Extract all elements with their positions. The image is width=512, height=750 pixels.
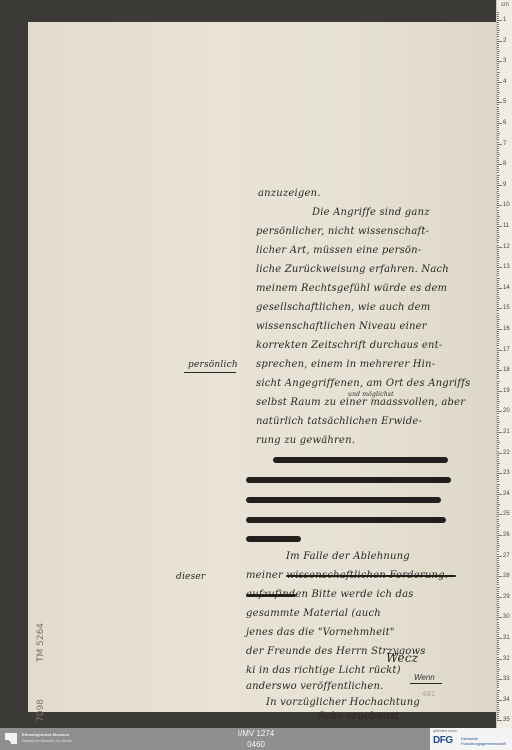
ruler-tick <box>497 98 499 99</box>
ruler-tick <box>497 716 499 717</box>
ruler-tick <box>497 556 502 557</box>
ruler-tick <box>497 622 499 623</box>
ruler-tick <box>497 275 499 276</box>
ruler-tick <box>497 43 499 44</box>
ruler-tick <box>497 86 499 87</box>
ruler-tick <box>497 168 499 169</box>
ruler-tick <box>497 249 499 250</box>
ruler-tick <box>497 286 499 287</box>
ruler-tick <box>497 59 499 60</box>
ruler-tick <box>497 533 499 534</box>
ruler-tick <box>497 463 500 464</box>
ruler-tick <box>497 514 502 515</box>
ruler-tick <box>497 679 502 680</box>
ruler-tick <box>497 269 499 270</box>
ruler-tick <box>497 352 499 353</box>
ruler-tick <box>497 360 500 361</box>
ruler-tick <box>497 531 499 532</box>
closing-line: In vorzüglicher Hochachtung <box>266 698 420 708</box>
ruler-tick <box>497 663 499 664</box>
ruler-tick <box>497 403 499 404</box>
ruler-tick <box>497 115 499 116</box>
ruler-tick <box>497 673 499 674</box>
ruler-label: 26 <box>503 532 510 538</box>
ruler-label: 23 <box>503 470 510 476</box>
ruler-label: 21 <box>503 429 510 435</box>
ruler-tick <box>497 473 502 474</box>
ruler-tick <box>497 720 502 721</box>
ruler-tick <box>497 162 499 163</box>
ruler-tick <box>497 700 502 701</box>
ruler-tick <box>497 494 502 495</box>
ruler-tick <box>497 605 499 606</box>
ruler-tick <box>497 364 499 365</box>
ruler-tick <box>497 428 499 429</box>
ruler-tick <box>497 617 502 618</box>
ruler-tick <box>497 255 499 256</box>
ruler-tick <box>497 358 499 359</box>
ruler-tick <box>497 669 500 670</box>
ruler-tick <box>497 595 499 596</box>
letter-line: sprechen, einem in mehrerer Hin- <box>256 360 435 370</box>
ruler-tick <box>497 238 499 239</box>
ruler-tick <box>497 611 499 612</box>
ruler-tick <box>497 348 499 349</box>
ruler-tick <box>497 313 499 314</box>
ruler-tick <box>497 453 502 454</box>
ruler-tick <box>497 636 499 637</box>
ruler-tick <box>497 207 499 208</box>
ruler-tick <box>497 337 499 338</box>
ruler-tick <box>497 444 499 445</box>
ruler-label: 10 <box>503 202 510 208</box>
ruler-tick <box>497 39 499 40</box>
ruler-tick <box>497 331 499 332</box>
ruler-tick <box>497 475 499 476</box>
cm-ruler: cm 1234567891011121314151617181920212223… <box>496 0 512 728</box>
ruler-tick <box>497 210 499 211</box>
ruler-tick <box>497 471 499 472</box>
ruler-label: 17 <box>503 347 510 353</box>
ruler-unit: cm <box>501 2 509 8</box>
ruler-tick <box>497 409 499 410</box>
ruler-tick <box>497 228 499 229</box>
ruler-tick <box>497 317 499 318</box>
ruler-tick <box>497 220 499 221</box>
ruler-tick <box>497 72 500 73</box>
strikethrough-line <box>286 575 456 577</box>
ruler-label: 25 <box>503 511 510 517</box>
ruler-tick <box>497 560 499 561</box>
ruler-tick <box>497 63 499 64</box>
ruler-tick <box>497 234 499 235</box>
ruler-tick <box>497 154 500 155</box>
margin-note-persoenlich: persönlich <box>188 360 238 370</box>
ruler-tick <box>497 121 499 122</box>
ruler-tick <box>497 350 502 351</box>
strikethrough-line <box>273 457 448 463</box>
ruler-tick <box>497 381 500 382</box>
ruler-tick <box>497 638 502 639</box>
ruler-label: 33 <box>503 676 510 682</box>
ruler-tick <box>497 467 499 468</box>
ruler-label: 34 <box>503 697 510 703</box>
ruler-tick <box>497 139 499 140</box>
ruler-tick <box>497 310 499 311</box>
ruler-tick <box>497 150 499 151</box>
margin-bracket <box>184 372 236 373</box>
ruler-tick <box>497 646 499 647</box>
letter-line: licher Art, müssen eine persön- <box>256 246 421 256</box>
ruler-tick <box>497 280 499 281</box>
ruler-tick <box>497 212 499 213</box>
ruler-tick <box>497 642 499 643</box>
ruler-tick <box>497 129 499 130</box>
ruler-label: 20 <box>503 408 510 414</box>
ruler-tick <box>497 345 499 346</box>
ruler-tick <box>497 22 499 23</box>
ruler-tick <box>497 496 499 497</box>
ruler-tick <box>497 100 499 101</box>
letter-line: gesammte Material (auch <box>246 609 381 619</box>
ruler-tick <box>497 657 499 658</box>
ruler-label: 16 <box>503 326 510 332</box>
ruler-tick <box>497 271 499 272</box>
ruler-tick <box>497 391 502 392</box>
ruler-tick <box>497 90 499 91</box>
ruler-tick <box>497 257 500 258</box>
ruler-tick <box>497 385 499 386</box>
ruler-label: 2 <box>503 38 506 44</box>
ruler-tick <box>497 160 499 161</box>
ruler-tick <box>497 665 499 666</box>
ruler-tick <box>497 543 499 544</box>
ruler-tick <box>497 420 499 421</box>
ruler-tick <box>497 687 499 688</box>
letter-line: natürlich tatsächlichen Erwide- <box>256 417 422 427</box>
pencil-archive-mark: TM 5264 <box>36 623 46 662</box>
ruler-tick <box>497 430 499 431</box>
ruler-tick <box>497 82 502 83</box>
ruler-tick <box>497 502 499 503</box>
ruler-tick <box>497 362 499 363</box>
ruler-label: 18 <box>503 367 510 373</box>
ruler-tick <box>497 632 499 633</box>
ruler-tick <box>497 61 502 62</box>
ruler-tick <box>497 333 499 334</box>
letter-line: Die Angriffe sind ganz <box>312 208 430 218</box>
ruler-tick <box>497 179 499 180</box>
ruler-tick <box>497 32 499 33</box>
ruler-tick <box>497 418 499 419</box>
ruler-tick <box>497 582 499 583</box>
ruler-tick <box>497 158 499 159</box>
ruler-tick <box>497 675 499 676</box>
ruler-tick <box>497 455 499 456</box>
ruler-tick <box>497 578 499 579</box>
ruler-tick <box>497 28 499 29</box>
ruler-tick <box>497 576 502 577</box>
ruler-tick <box>497 354 499 355</box>
ruler-tick <box>497 374 499 375</box>
ruler-tick <box>497 488 499 489</box>
ruler-label: 8 <box>503 161 506 167</box>
ruler-tick <box>497 189 499 190</box>
ruler-tick <box>497 327 499 328</box>
ruler-tick <box>497 416 499 417</box>
ruler-tick <box>497 442 500 443</box>
ruler-tick <box>497 644 499 645</box>
ruler-tick <box>497 214 499 215</box>
stamp-wenn: Wenn <box>414 673 435 682</box>
ruler-tick <box>497 123 502 124</box>
ruler-tick <box>497 628 500 629</box>
ruler-tick <box>497 393 499 394</box>
ruler-label: 3 <box>503 58 506 64</box>
ruler-tick <box>497 137 499 138</box>
ruler-tick <box>497 325 499 326</box>
ruler-tick <box>497 490 499 491</box>
ruler-tick <box>497 298 500 299</box>
ruler-tick <box>497 566 500 567</box>
ruler-tick <box>497 195 500 196</box>
ruler-tick <box>497 172 499 173</box>
dfg-supported-by: gefördert durch <box>433 729 457 733</box>
ruler-tick <box>497 477 499 478</box>
ruler-tick <box>497 572 499 573</box>
ruler-tick <box>497 696 499 697</box>
ruler-tick <box>497 57 499 58</box>
ruler-tick <box>497 18 499 19</box>
ruler-tick <box>497 321 499 322</box>
ruler-tick <box>497 615 499 616</box>
ruler-label: 13 <box>503 264 510 270</box>
ruler-tick <box>497 282 499 283</box>
ruler-tick <box>497 601 499 602</box>
ruler-tick <box>497 650 499 651</box>
ruler-label: 29 <box>503 594 510 600</box>
ruler-tick <box>497 599 499 600</box>
strikethrough-line <box>246 594 296 597</box>
ruler-tick <box>497 399 499 400</box>
ruler-tick <box>497 111 499 112</box>
ruler-tick <box>497 397 499 398</box>
ruler-tick <box>497 74 499 75</box>
ruler-tick <box>497 288 502 289</box>
ruler-tick <box>497 170 499 171</box>
ruler-tick <box>497 197 499 198</box>
ruler-tick <box>497 175 500 176</box>
ruler-tick <box>497 562 499 563</box>
ruler-tick <box>497 685 499 686</box>
letter-line: sicht Angegriffenen, am Ort des Angriffs <box>256 379 470 389</box>
ruler-tick <box>497 712 499 713</box>
ruler-tick <box>497 504 500 505</box>
ruler-tick <box>497 652 499 653</box>
letter-page: anzuzeigen. Die Angriffe sind ganz persö… <box>28 22 496 712</box>
ruler-tick <box>497 290 499 291</box>
ruler-tick <box>497 702 499 703</box>
ruler-tick <box>497 216 500 217</box>
pencil-page-number: 481 <box>422 690 435 698</box>
strikethrough-line <box>246 536 301 542</box>
ruler-tick <box>497 486 499 487</box>
letter-line: persönlicher, nicht wissenschaft- <box>256 227 429 237</box>
ruler-tick <box>497 166 499 167</box>
ruler-tick <box>497 438 499 439</box>
ruler-tick <box>497 461 499 462</box>
ruler-tick <box>497 304 499 305</box>
ruler-label: 31 <box>503 635 510 641</box>
ruler-tick <box>497 597 502 598</box>
ruler-tick <box>497 440 499 441</box>
ruler-tick <box>497 104 499 105</box>
ruler-tick <box>497 554 499 555</box>
ruler-tick <box>497 519 499 520</box>
ruler-tick <box>497 205 502 206</box>
ruler-tick <box>497 710 500 711</box>
ruler-tick <box>497 183 499 184</box>
ruler-tick <box>497 484 500 485</box>
ruler-tick <box>497 525 500 526</box>
ruler-tick <box>497 14 499 15</box>
ruler-tick <box>497 356 499 357</box>
letter-line: selbst Raum zu einer maassvollen, aber <box>256 398 465 408</box>
ruler-tick <box>497 218 499 219</box>
ruler-tick <box>497 434 499 435</box>
ruler-tick <box>497 422 500 423</box>
ruler-tick <box>497 300 499 301</box>
ruler-tick <box>497 372 499 373</box>
ruler-label: 11 <box>503 223 509 229</box>
letter-line: meinem Rechtsgefühl würde es dem <box>256 284 447 294</box>
ruler-tick <box>497 199 499 200</box>
ruler-label: 32 <box>503 656 510 662</box>
ruler-tick <box>497 609 499 610</box>
ruler-tick <box>497 152 499 153</box>
ruler-tick <box>497 549 499 550</box>
ruler-tick <box>497 156 499 157</box>
ruler-tick <box>497 146 499 147</box>
letter-line: ki in das richtige Licht rückt) <box>246 666 401 676</box>
ruler-tick <box>497 539 499 540</box>
strikethrough-line <box>246 497 441 503</box>
ruler-tick <box>497 405 499 406</box>
ruler-tick <box>497 671 499 672</box>
ruler-tick <box>497 630 499 631</box>
ruler-tick <box>497 527 499 528</box>
ruler-tick <box>497 698 499 699</box>
ruler-tick <box>497 319 500 320</box>
ruler-label: 19 <box>503 388 510 394</box>
ruler-tick <box>497 383 499 384</box>
letter-line: wissenschaftlichen Niveau einer <box>256 322 427 332</box>
ruler-tick <box>497 34 499 35</box>
letter-line: rung zu gewähren. <box>256 436 355 446</box>
ruler-label: 7 <box>503 141 506 147</box>
ruler-tick <box>497 619 499 620</box>
ruler-tick <box>497 343 499 344</box>
ruler-tick <box>497 659 502 660</box>
ruler-tick <box>497 292 499 293</box>
ruler-tick <box>497 263 499 264</box>
ruler-tick <box>497 187 499 188</box>
ruler-tick <box>497 273 499 274</box>
ruler-tick <box>497 80 499 81</box>
ruler-tick <box>497 251 499 252</box>
ruler-tick <box>497 69 499 70</box>
ruler-tick <box>497 177 499 178</box>
ruler-tick <box>497 253 499 254</box>
ruler-tick <box>497 109 499 110</box>
ruler-tick <box>497 547 499 548</box>
ruler-tick <box>497 47 499 48</box>
letter-line: liche Zurückweisung erfahren. Nach <box>256 265 449 275</box>
ruler-tick <box>497 222 499 223</box>
ruler-tick <box>497 339 500 340</box>
ruler-label: 15 <box>503 305 510 311</box>
ruler-label: 35 <box>503 717 510 723</box>
ruler-tick <box>497 142 499 143</box>
ruler-tick <box>497 67 499 68</box>
ruler-tick <box>497 88 499 89</box>
dfg-text-2: Forschungsgemeinschaft <box>461 741 506 746</box>
ruler-tick <box>497 640 499 641</box>
ruler-tick <box>497 500 499 501</box>
strikethrough-line <box>246 477 451 483</box>
ruler-tick <box>497 30 500 31</box>
ruler-tick <box>497 131 499 132</box>
ruler-tick <box>497 529 499 530</box>
ruler-label: 22 <box>503 450 510 456</box>
ruler-tick <box>497 49 499 50</box>
ruler-tick <box>497 401 500 402</box>
ruler-tick <box>497 654 499 655</box>
ruler-tick <box>497 76 499 77</box>
ruler-tick <box>497 378 499 379</box>
ruler-tick <box>497 704 499 705</box>
ruler-tick <box>497 624 499 625</box>
ruler-tick <box>497 368 499 369</box>
ruler-tick <box>497 315 499 316</box>
ruler-tick <box>497 267 502 268</box>
ruler-tick <box>497 681 499 682</box>
ruler-label: 24 <box>503 491 510 497</box>
ruler-tick <box>497 240 499 241</box>
ruler-tick <box>497 570 499 571</box>
ruler-tick <box>497 387 499 388</box>
ruler-tick <box>497 516 499 517</box>
ruler-tick <box>497 574 499 575</box>
ruler-tick <box>497 492 499 493</box>
ruler-tick <box>497 459 499 460</box>
ruler-tick <box>497 45 499 46</box>
ruler-tick <box>497 469 499 470</box>
letter-line: anderswo veröffentlichen. <box>246 682 384 692</box>
ruler-tick <box>497 107 499 108</box>
ruler-tick <box>497 426 499 427</box>
ruler-tick <box>497 587 500 588</box>
ruler-tick <box>497 694 499 695</box>
ruler-tick <box>497 568 499 569</box>
ruler-tick <box>497 125 499 126</box>
ruler-tick <box>497 508 499 509</box>
ruler-tick <box>497 692 499 693</box>
ruler-label: 9 <box>503 182 506 188</box>
ruler-tick <box>497 626 499 627</box>
ruler-tick <box>497 448 499 449</box>
ruler-tick <box>497 535 502 536</box>
